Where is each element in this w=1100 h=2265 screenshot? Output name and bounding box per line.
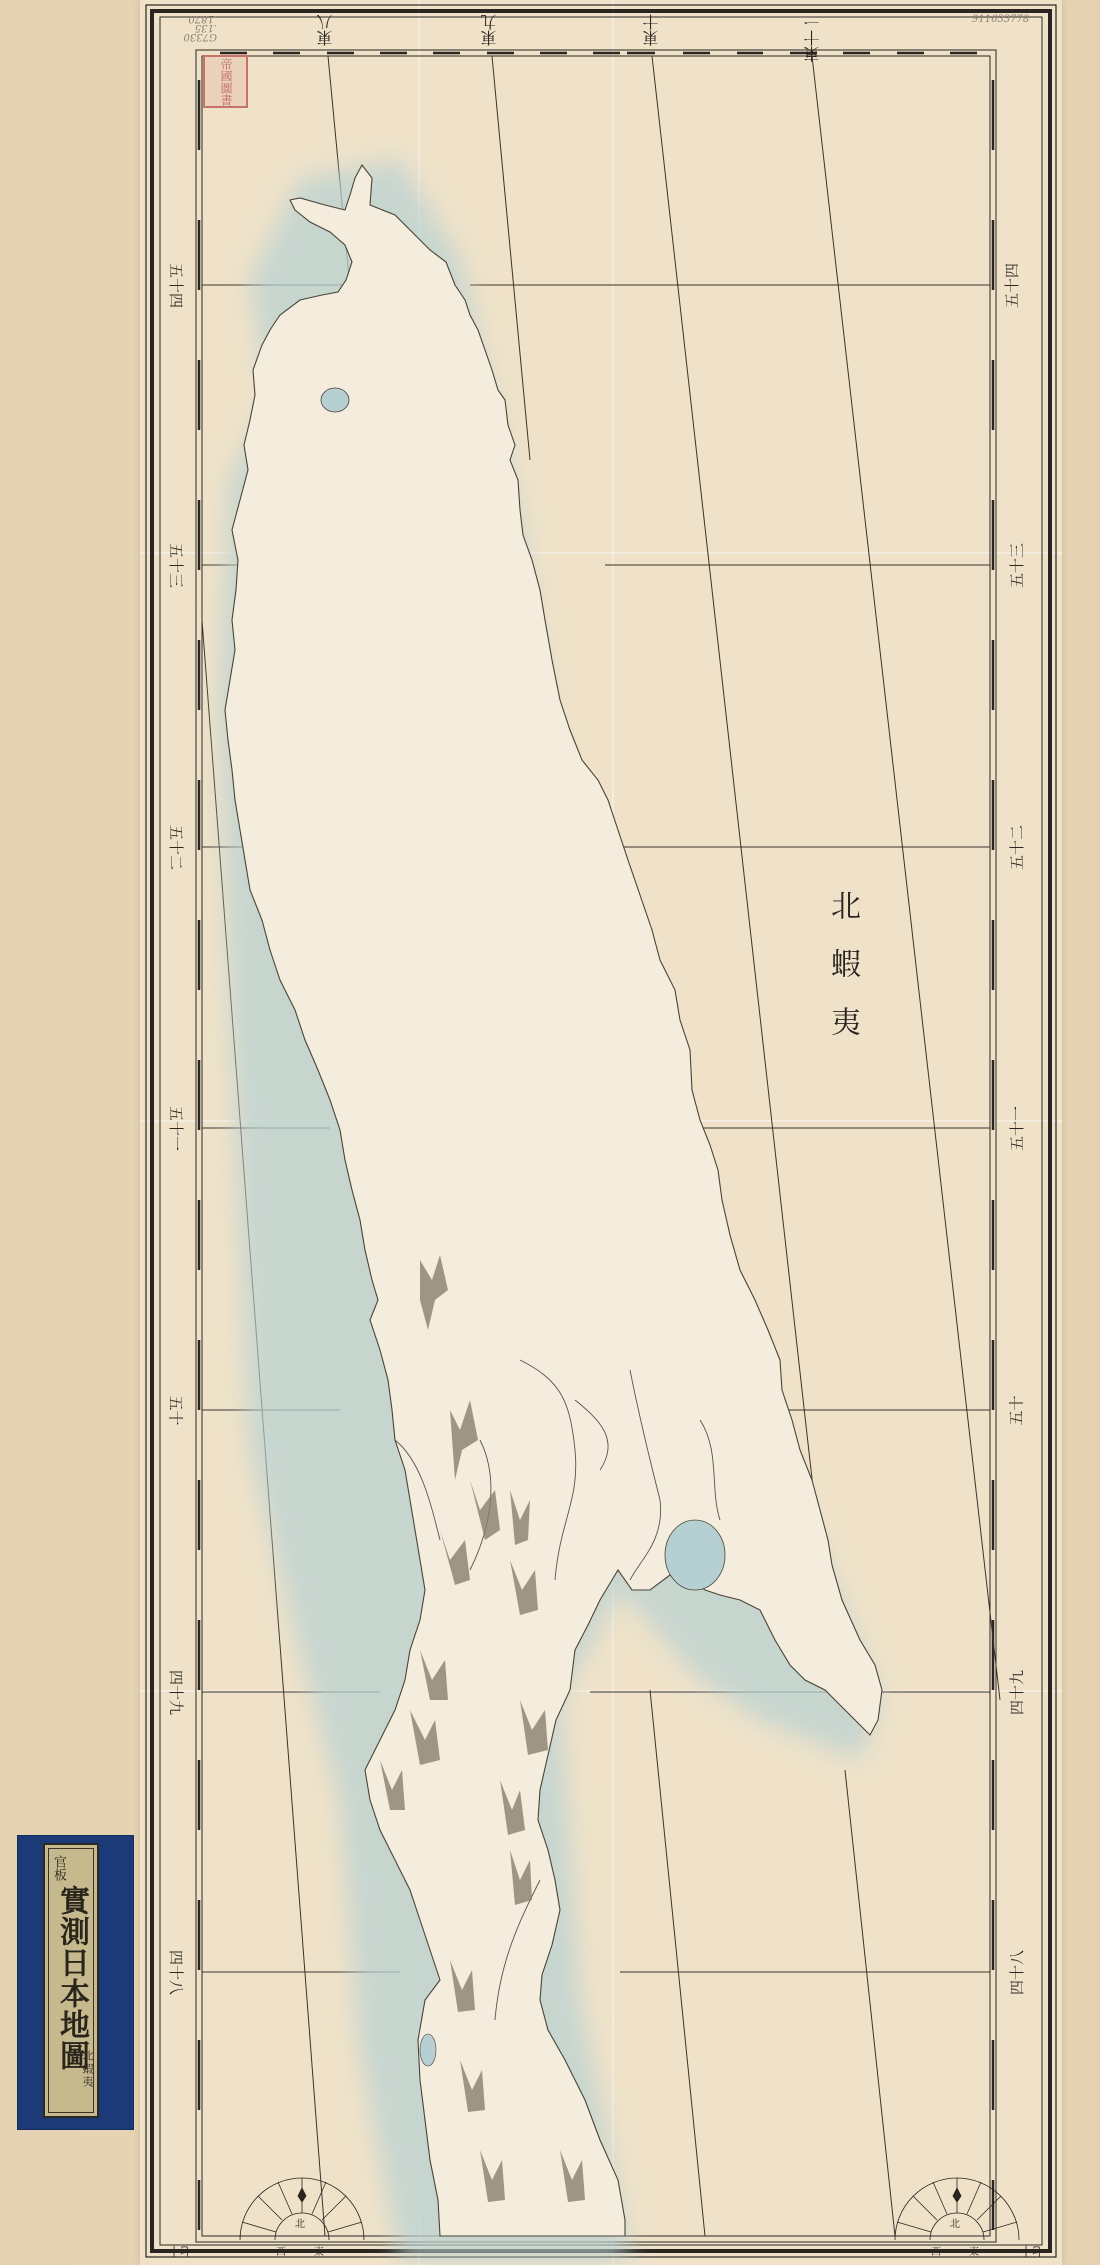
cover-title: 實測日本地圖 xyxy=(56,1885,86,2071)
lake xyxy=(665,1520,725,1590)
latitude-label-left: 五十二 xyxy=(168,825,183,870)
latitude-label-right: 四十八 xyxy=(1010,1950,1025,1995)
latitude-label-left: 四十九 xyxy=(168,1670,183,1715)
catalog-number-top-left: G7330 .135 .1870 xyxy=(172,14,217,41)
compass-rose-left xyxy=(240,2178,364,2240)
longitude-label: 東十 xyxy=(644,14,659,46)
longitude-label: 東八 xyxy=(318,14,333,46)
region-label: 北蝦夷 xyxy=(820,890,864,1064)
map-cover[interactable]: 官板 實測日本地圖 北蝦夷 xyxy=(17,1835,134,2130)
compass-label: 西 xyxy=(931,2243,941,2258)
bottom-label-left: 七十 xyxy=(168,2243,192,2258)
latitude-label-left: 五十三 xyxy=(168,543,183,588)
latitude-label-right: 五十 xyxy=(1010,1395,1025,1425)
catalog-number-top-right: 911633778 xyxy=(972,14,1029,25)
longitude-label: 東十一 xyxy=(805,14,820,62)
latitude-label-left: 五十 xyxy=(168,1395,183,1425)
cover-prefix: 官板 xyxy=(51,1855,65,1881)
latitude-label-right: 五十三 xyxy=(1010,543,1025,588)
compass-rose-right xyxy=(895,2178,1019,2240)
lake xyxy=(420,2034,436,2066)
seal-text: 帝國圖書 xyxy=(218,57,233,106)
compass-north-label: 北 xyxy=(950,2215,960,2230)
compass-north-label: 北 xyxy=(295,2215,305,2230)
latitude-label-right: 四十九 xyxy=(1010,1670,1025,1715)
library-seal: 帝國圖書 xyxy=(203,55,248,108)
map-canvas[interactable] xyxy=(0,0,1100,2265)
latitude-label-left: 五十四 xyxy=(168,263,183,308)
title-slip: 官板 實測日本地圖 北蝦夷 xyxy=(43,1843,99,2118)
compass-label: 西 xyxy=(276,2243,286,2258)
latitude-label-right: 五十四 xyxy=(1005,263,1020,308)
bottom-label-right: 七十一 xyxy=(1008,2243,1044,2258)
compass-label: 東 xyxy=(969,2243,979,2258)
latitude-label-right: 五十二 xyxy=(1010,825,1025,870)
cover-subtitle: 北蝦夷 xyxy=(79,2050,95,2089)
latitude-label-left: 四十八 xyxy=(168,1950,183,1995)
latitude-label-right: 五十一 xyxy=(1010,1106,1025,1151)
longitude-label: 東九 xyxy=(482,14,497,46)
latitude-label-left: 五十一 xyxy=(168,1106,183,1151)
lake xyxy=(321,388,349,412)
compass-label: 東 xyxy=(314,2243,324,2258)
